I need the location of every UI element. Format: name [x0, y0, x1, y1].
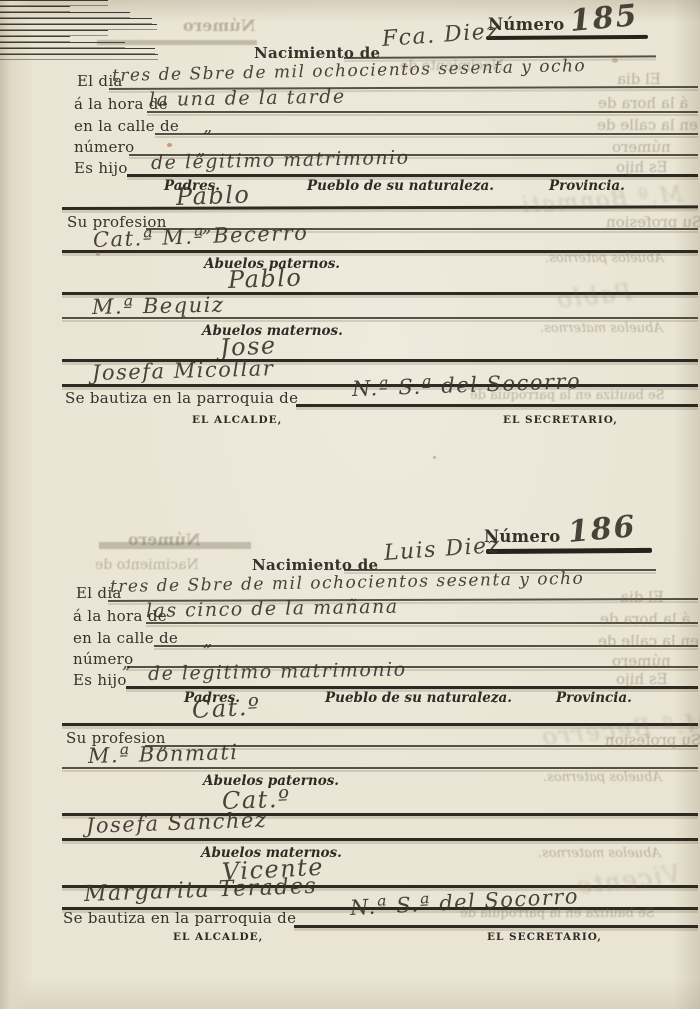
nacimiento-label: Nacimiento de: [254, 44, 380, 62]
bleed-hora-2: á la hora de: [600, 610, 690, 628]
ruled-line: [126, 686, 698, 689]
bleed-numero-casa-2: número: [612, 652, 671, 670]
numero-underline: [486, 548, 652, 554]
ruled-line: [62, 838, 698, 841]
ruled-line: [296, 404, 698, 407]
hora-value: las cinco de la mañana: [146, 596, 399, 622]
bleed-bautiza: Se bautiza en la parroquia de: [470, 388, 665, 403]
bleed-el-dia: El dia: [617, 70, 661, 88]
numero-header-label: Número: [488, 15, 565, 34]
abuelo-paterno-value: Pablo: [228, 263, 303, 294]
bleed-nacimiento-2: Nacimiento de: [95, 557, 199, 573]
bleed-calle: en la calle de: [597, 116, 698, 134]
bleed-numero-casa: número: [612, 138, 671, 156]
alcalde-label: EL ALCALDE,: [173, 931, 263, 943]
bleed-bar: [97, 40, 257, 45]
bleed-abuelos-maternos-2: Abuelos maternos.: [538, 846, 661, 861]
entry-185: Número 185 Nacimiento de Fca. Diez El di…: [0, 0, 700, 30]
ruled-line: [62, 317, 698, 319]
bleed-bautiza-2: Se bautiza en la parroquia de: [460, 906, 655, 921]
abuela-paterna-value: M.ª Bequiz: [92, 293, 225, 319]
es-hijo-label: Es hijo: [73, 671, 127, 689]
hora-value: la una de la tarde: [149, 86, 346, 111]
bleed-numero: Número: [183, 16, 255, 35]
numero-value: 186: [566, 509, 637, 550]
pueblo-header: Pueblo de su naturaleza.: [325, 690, 512, 706]
nombre-value: Luis Diez: [383, 533, 501, 566]
header-underline: [0, 54, 158, 60]
ruled-line: [294, 925, 698, 928]
bleed-es-hijo-2: Es hijo: [616, 670, 668, 688]
abuela-paterna-value: Josefa Sanchez: [86, 808, 268, 838]
pueblo-header: Pueblo de su naturaleza.: [307, 178, 494, 194]
alcalde-label: EL ALCALDE,: [192, 414, 282, 426]
paper-stain: [433, 456, 436, 459]
hijo-value: de legitimo matrimonio: [148, 658, 407, 685]
madre-value: M.ª Bonmati: [88, 740, 239, 768]
bleed-bar: [99, 542, 251, 549]
paper-stain: [612, 58, 618, 63]
nacimiento-label: Nacimiento de: [252, 556, 378, 574]
paper-stain: [167, 143, 172, 147]
ruled-line: [62, 767, 698, 769]
bleed-abuelos-paternos-2: Abuelos paternos.: [543, 770, 662, 785]
calle-value: „: [203, 630, 214, 651]
bleed-nacimiento: Nacimiento de: [400, 58, 504, 74]
bleed-hora: á la hora de: [598, 94, 688, 112]
ruled-line: [127, 174, 698, 177]
bleed-abuelos-maternos: Abuelos maternos.: [540, 321, 663, 336]
bleed-profesion: Su profesion: [606, 213, 700, 231]
paper-stain: [96, 252, 100, 256]
secretario-label: EL SECRETARIO,: [487, 931, 602, 943]
padre-value: Cat.º: [191, 692, 261, 724]
register-page: Número 185 Nacimiento de Fca. Diez El di…: [0, 0, 700, 1009]
bleed-abuelos-paternos: Abuelos paternos.: [545, 251, 664, 266]
bautiza-label: Se bautiza en la parroquia de: [65, 389, 298, 407]
abuela-materna-value: Josefa Micollar: [92, 356, 275, 385]
numero-value: 185: [568, 0, 639, 39]
secretario-label: EL SECRETARIO,: [503, 414, 618, 426]
hijo-value: de legitimo matrimonio: [151, 147, 410, 174]
bleed-calle-2: en la calle de: [598, 632, 699, 650]
fecha-value: tres de Sbre de mil ochocientos sesenta …: [112, 56, 587, 86]
numero-casa-value: „: [122, 652, 133, 673]
bleed-el-dia-2: El dia: [620, 588, 664, 606]
es-hijo-label: Es hijo: [74, 159, 128, 177]
abuela-materna-value: Margarita Terades: [84, 874, 318, 907]
bleed-handwriting-ghost: Pablo: [554, 278, 633, 314]
bautiza-label: Se bautiza en la parroquia de: [63, 909, 296, 927]
bleed-es-hijo: Es hijo: [616, 158, 668, 176]
numero-casa-label: número: [74, 138, 134, 156]
provincia-header: Provincia.: [556, 690, 632, 706]
bleed-handwriting-ghost: Vicente: [574, 860, 682, 901]
